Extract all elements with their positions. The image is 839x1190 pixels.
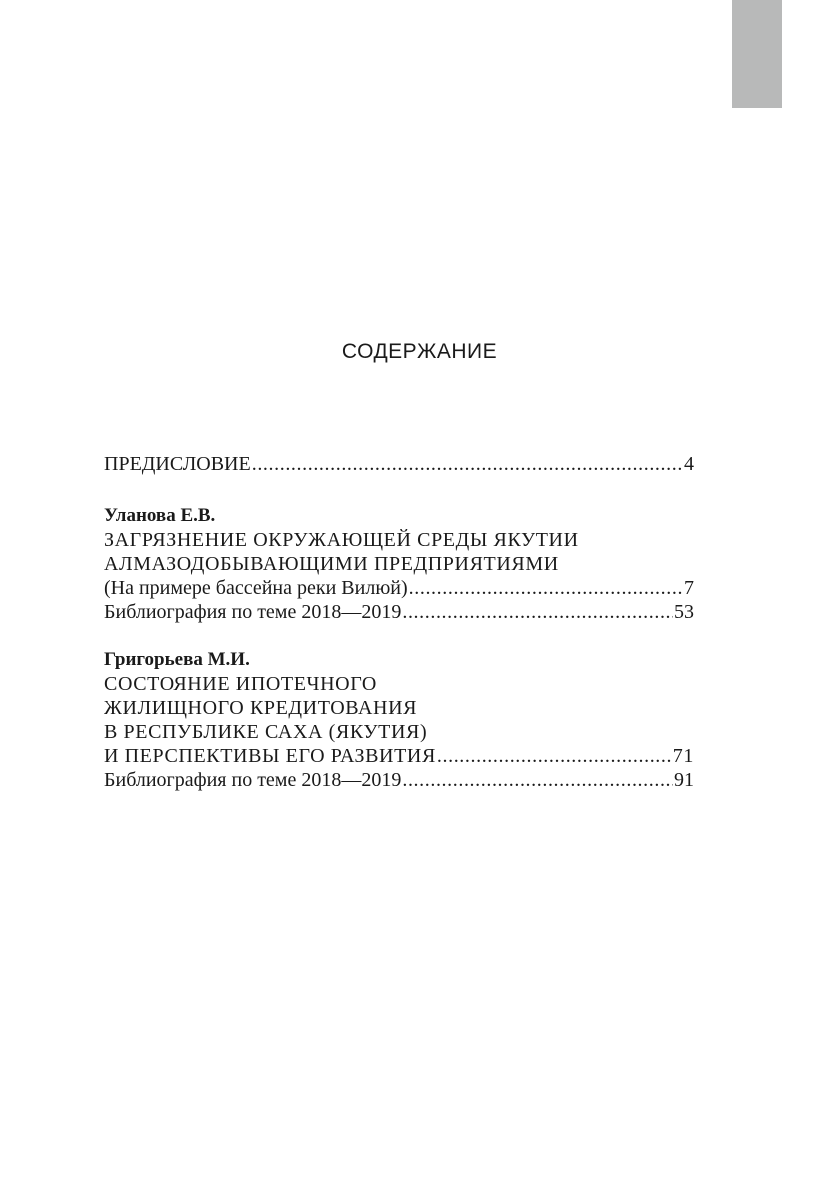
toc-section-1: Уланова Е.В. ЗАГРЯЗНЕНИЕ ОКРУЖАЮЩЕЙ СРЕД… bbox=[104, 504, 694, 624]
toc-entry[interactable]: (На примере бассейна реки Вилюй) 7 bbox=[104, 576, 694, 600]
page-number: 4 bbox=[684, 452, 694, 476]
section-title-line: СОСТОЯНИЕ ИПОТЕЧНОГО bbox=[104, 672, 694, 696]
section-title-line: АЛМАЗОДОБЫВАЮЩИМИ ПРЕДПРИЯТИЯМИ bbox=[104, 552, 694, 576]
page-edge-tab bbox=[732, 0, 782, 108]
entry-label: (На примере бассейна реки Вилюй) bbox=[104, 576, 408, 600]
author-name: Григорьева М.И. bbox=[104, 648, 694, 672]
entry-label: Библиография по теме 2018—2019 bbox=[104, 600, 401, 624]
toc-entry-preface[interactable]: ПРЕДИСЛОВИЕ 4 bbox=[104, 452, 694, 476]
entry-label: И ПЕРСПЕКТИВЫ ЕГО РАЗВИТИЯ bbox=[104, 744, 436, 768]
dot-leader bbox=[409, 576, 683, 600]
dot-leader bbox=[252, 452, 683, 476]
page-number: 71 bbox=[673, 744, 694, 768]
section-title-line: ЖИЛИЩНОГО КРЕДИТОВАНИЯ bbox=[104, 696, 694, 720]
page-number: 53 bbox=[674, 600, 694, 624]
section-title-line: ЗАГРЯЗНЕНИЕ ОКРУЖАЮЩЕЙ СРЕДЫ ЯКУТИИ bbox=[104, 528, 694, 552]
entry-label: Библиография по теме 2018—2019 bbox=[104, 768, 401, 792]
section-title-line: В РЕСПУБЛИКЕ САХА (ЯКУТИЯ) bbox=[104, 720, 694, 744]
dot-leader bbox=[402, 600, 673, 624]
page-number: 7 bbox=[684, 576, 694, 600]
dot-leader bbox=[402, 768, 673, 792]
toc-entry[interactable]: И ПЕРСПЕКТИВЫ ЕГО РАЗВИТИЯ 71 bbox=[104, 744, 694, 768]
dot-leader bbox=[437, 744, 672, 768]
toc-entry-bibliography[interactable]: Библиография по теме 2018—2019 91 bbox=[104, 768, 694, 792]
toc-section-2: Григорьева М.И. СОСТОЯНИЕ ИПОТЕЧНОГО ЖИЛ… bbox=[104, 648, 694, 792]
table-of-contents: ПРЕДИСЛОВИЕ 4 Уланова Е.В. ЗАГРЯЗНЕНИЕ О… bbox=[104, 452, 694, 792]
page-number: 91 bbox=[674, 768, 694, 792]
toc-entry-bibliography[interactable]: Библиография по теме 2018—2019 53 bbox=[104, 600, 694, 624]
author-name: Уланова Е.В. bbox=[104, 504, 694, 528]
page-title: СОДЕРЖАНИЕ bbox=[0, 340, 839, 364]
entry-label: ПРЕДИСЛОВИЕ bbox=[104, 452, 251, 476]
